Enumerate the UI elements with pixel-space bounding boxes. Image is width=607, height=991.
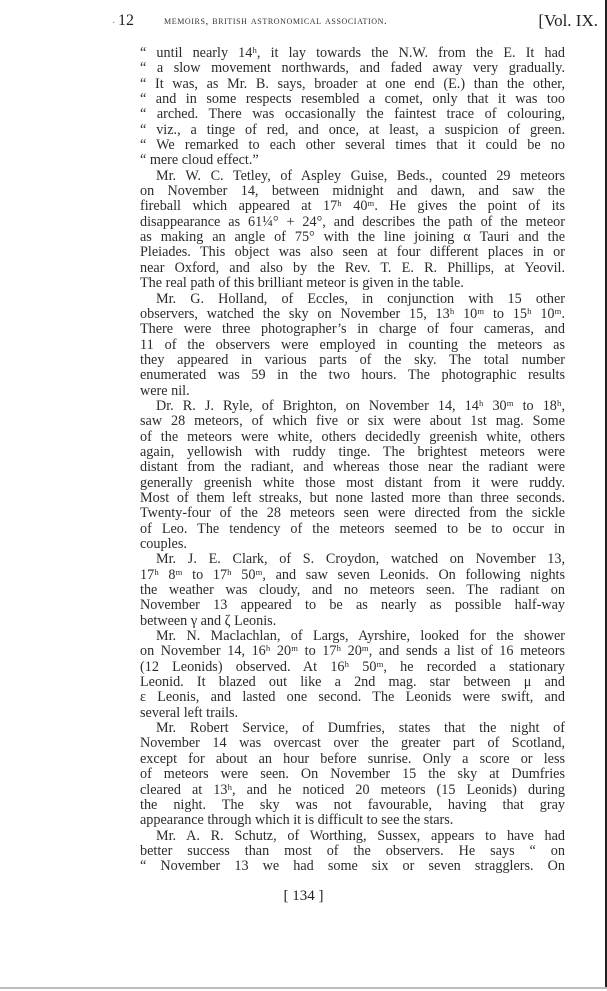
text-line: appearance through which it is difficult… bbox=[140, 813, 565, 828]
text-line: several left trails. bbox=[140, 706, 565, 721]
text-line: “ and in some respects resembled a comet… bbox=[140, 92, 565, 107]
text-line: cleared at 13ʰ, and he noticed 20 meteor… bbox=[140, 783, 565, 798]
text-line: the night. The sky was not favourable, h… bbox=[140, 798, 565, 813]
text-line: distant from the radiant, and whereas th… bbox=[140, 460, 565, 475]
text-line: 11 of the observers were employed in cou… bbox=[140, 338, 565, 353]
volume-label: [Vol. IX. bbox=[538, 11, 598, 31]
text-line: the weather was cloudy, and no meteors s… bbox=[140, 583, 565, 598]
text-line: couples. bbox=[140, 537, 565, 552]
text-line: Mr. J. E. Clark, of S. Croydon, watched … bbox=[140, 552, 565, 567]
page-bottom-edge bbox=[0, 987, 607, 989]
text-line: Mr. Robert Service, of Dumfries, states … bbox=[140, 721, 565, 736]
paragraph-maclachlan: Mr. N. Maclachlan, of Largs, Ayrshire, l… bbox=[140, 629, 565, 721]
text-line: “ a slow movement northwards, and faded … bbox=[140, 61, 565, 76]
running-header: · 12 MEMOIRS, BRITISH ASTRONOMICAL ASSOC… bbox=[118, 10, 600, 32]
text-line: of meteors were seen. On November 15 the… bbox=[140, 767, 565, 782]
text-line: Mr. W. C. Tetley, of Aspley Guise, Beds.… bbox=[140, 169, 565, 184]
text-line: Mr. N. Maclachlan, of Largs, Ayrshire, l… bbox=[140, 629, 565, 644]
text-line: Most of them left streaks, but none last… bbox=[140, 491, 565, 506]
paragraph-quote-continuation: “ until nearly 14ʰ, it lay towards the N… bbox=[140, 46, 565, 169]
text-line: 17ʰ 8ᵐ to 17ʰ 50ᵐ, and saw seven Leonids… bbox=[140, 568, 565, 583]
text-line: disappearance as 61¼° + 24°, and describ… bbox=[140, 215, 565, 230]
body-text: “ until nearly 14ʰ, it lay towards the N… bbox=[140, 46, 565, 875]
paragraph-ryle: Dr. R. J. Ryle, of Brighton, on November… bbox=[140, 399, 565, 552]
text-line: observers, watched the sky on November 1… bbox=[140, 307, 565, 322]
text-line: generally greenish white those most dist… bbox=[140, 476, 565, 491]
text-line: Leonid. It blazed out like a 2nd mag. st… bbox=[140, 675, 565, 690]
text-line: Dr. R. J. Ryle, of Brighton, on November… bbox=[140, 399, 565, 414]
text-line: Mr. G. Holland, of Eccles, in conjunctio… bbox=[140, 292, 565, 307]
paragraph-schutz: Mr. A. R. Schutz, of Worthing, Sussex, a… bbox=[140, 829, 565, 875]
text-line: “ until nearly 14ʰ, it lay towards the N… bbox=[140, 46, 565, 61]
text-line: were nil. bbox=[140, 384, 565, 399]
page-footer-label: [ 134 ] bbox=[0, 888, 607, 905]
text-line: “ mere cloud effect.” bbox=[140, 153, 565, 168]
text-line: except for about an hour before sunrise.… bbox=[140, 752, 565, 767]
text-line: they appeared in various parts of the sk… bbox=[140, 353, 565, 368]
text-line: Pleiades. This object was also seen at f… bbox=[140, 245, 565, 260]
text-line: on November 14, between midnight and daw… bbox=[140, 184, 565, 199]
paragraph-service: Mr. Robert Service, of Dumfries, states … bbox=[140, 721, 565, 828]
text-line: near Oxford, and also by the Rev. T. E. … bbox=[140, 261, 565, 276]
text-line: enumerated was 59 in the two hours. The … bbox=[140, 368, 565, 383]
text-line: on November 14, 16ʰ 20ᵐ to 17ʰ 20ᵐ, and … bbox=[140, 644, 565, 659]
text-line: Twenty-four of the 28 meteors seen were … bbox=[140, 506, 565, 521]
text-line: “ November 13 we had some six or seven s… bbox=[140, 859, 565, 874]
text-line: again, yellowish with ruddy tinge. The b… bbox=[140, 445, 565, 460]
text-line: of Leo. The tendency of the meteors seem… bbox=[140, 522, 565, 537]
text-line: Mr. A. R. Schutz, of Worthing, Sussex, a… bbox=[140, 829, 565, 844]
text-line: November 13 appeared to be as nearly as … bbox=[140, 598, 565, 613]
page-number: 12 bbox=[118, 12, 134, 30]
text-line: ε Leonis, and lasted one second. The Leo… bbox=[140, 690, 565, 705]
text-line: fireball which appeared at 17ʰ 40ᵐ. He g… bbox=[140, 199, 565, 214]
paragraph-holland: Mr. G. Holland, of Eccles, in conjunctio… bbox=[140, 292, 565, 399]
text-line: better success than most of the observer… bbox=[140, 844, 565, 859]
text-line: November 14 was overcast over the greate… bbox=[140, 736, 565, 751]
text-line: (12 Leonids) observed. At 16ʰ 50ᵐ, he re… bbox=[140, 660, 565, 675]
text-line: “ It was, as Mr. B. says, broader at one… bbox=[140, 77, 565, 92]
paragraph-tetley: Mr. W. C. Tetley, of Aspley Guise, Beds.… bbox=[140, 169, 565, 292]
text-line: There were three photographer’s in charg… bbox=[140, 322, 565, 337]
text-line: “ We remarked to each other several time… bbox=[140, 138, 565, 153]
text-line: as making an angle of 75° with the line … bbox=[140, 230, 565, 245]
running-title: MEMOIRS, BRITISH ASTRONOMICAL ASSOCIATIO… bbox=[164, 15, 387, 27]
text-line: The real path of this brilliant meteor i… bbox=[140, 276, 565, 291]
text-line: “ arched. There was occasionally the fai… bbox=[140, 107, 565, 122]
paragraph-clark: Mr. J. E. Clark, of S. Croydon, watched … bbox=[140, 552, 565, 629]
text-line: of the meteors were white, others decide… bbox=[140, 430, 565, 445]
margin-mark: · bbox=[112, 18, 115, 29]
text-line: between γ and ζ Leonis. bbox=[140, 614, 565, 629]
text-line: saw 28 meteors, of which five or six wer… bbox=[140, 414, 565, 429]
text-line: “ viz., a tinge of red, and once, at lea… bbox=[140, 123, 565, 138]
